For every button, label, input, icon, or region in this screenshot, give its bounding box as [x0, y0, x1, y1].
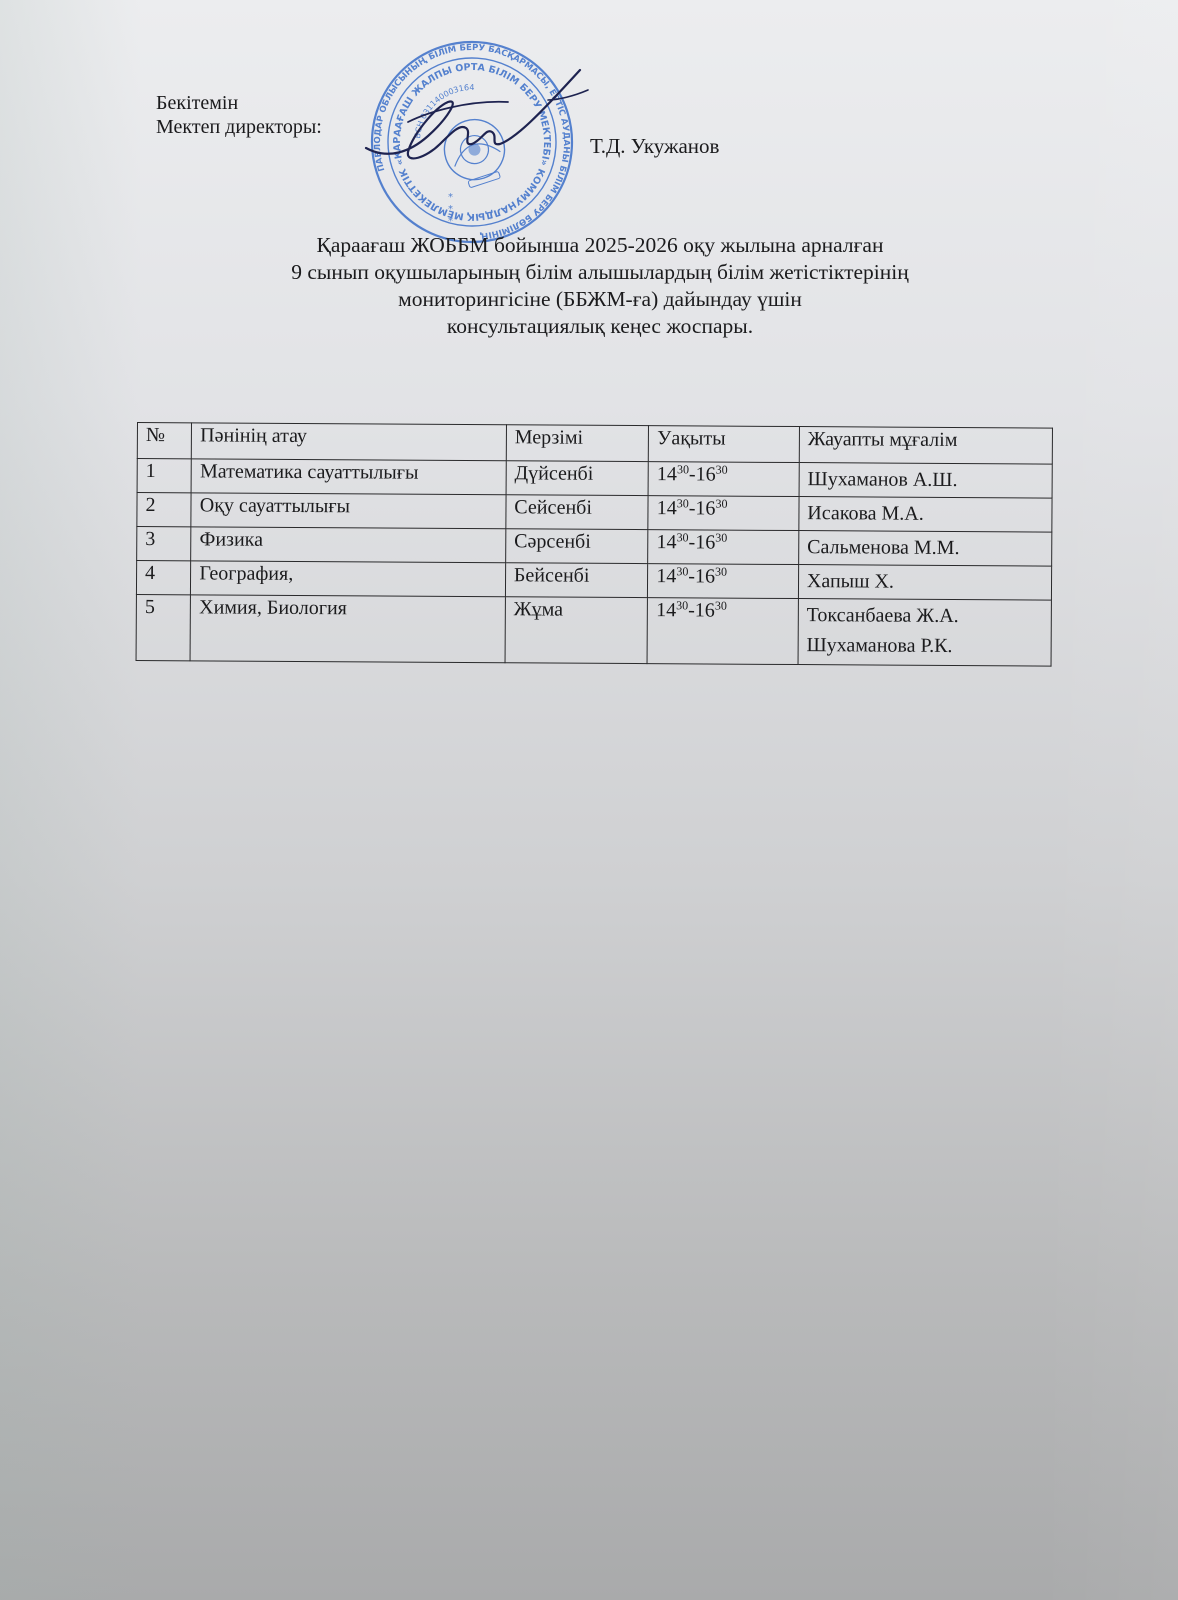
title-line: мониторингісіне (ББЖМ-ға) дайындау үшін [200, 286, 1000, 313]
time-end-hour: 16 [695, 565, 715, 587]
teacher-name: Токсанбаева Ж.А. [807, 600, 1043, 631]
svg-text:*: * [448, 192, 453, 203]
table-row: 5Химия, БиологияЖұма1430-1630Токсанбаева… [136, 594, 1051, 666]
time-start-minute: 30 [676, 598, 688, 612]
time-start-minute: 30 [677, 496, 689, 510]
table-row: 2Оқу сауаттылығыСейсенбі1430-1630Исакова… [137, 493, 1052, 533]
teacher-name: Хапыш Х. [807, 566, 1043, 597]
header-subject: Пәнінің атау [192, 423, 507, 461]
row-time: 1430-1630 [648, 530, 799, 565]
svg-text:ПАВЛОДАР ОБЛЫСЫНЫҢ БІЛІМ БЕРУ: ПАВЛОДАР ОБЛЫСЫНЫҢ БІЛІМ БЕРУ БАСҚАРМАСЫ… [348, 40, 596, 245]
row-number: 2 [137, 493, 192, 527]
director-name: Т.Д. Укужанов [590, 134, 719, 158]
time-end-minute: 30 [715, 599, 727, 613]
signature [366, 70, 580, 158]
time-start-hour: 14 [657, 497, 677, 519]
table-header-row: № Пәнінің атау Мерзімі Уақыты Жауапты мұ… [137, 423, 1052, 465]
time-start-hour: 14 [656, 565, 676, 587]
row-day: Сәрсенбі [506, 529, 649, 564]
stamp-inner-text: «ҚАРААҒАШ ЖАЛПЫ ОРТА БІЛІМ БЕРУ МЕКТЕБІ»… [348, 40, 573, 245]
time-start-minute: 30 [677, 530, 689, 544]
teacher-name: Шухаманов А.Ш. [807, 464, 1043, 495]
header-day: Мерзімі [506, 425, 649, 462]
teacher-name: Сальменова М.М. [807, 532, 1043, 563]
time-end-minute: 30 [715, 531, 727, 545]
row-subject: География, [191, 561, 506, 597]
time-start-minute: 30 [676, 564, 688, 578]
time-start-hour: 14 [656, 531, 676, 553]
row-subject: Физика [191, 527, 506, 563]
header-teacher: Жауапты мұғалім [799, 427, 1052, 465]
approval-label: Бекітемін [156, 91, 322, 115]
time-end-hour: 16 [695, 497, 715, 519]
header-time: Уақыты [649, 426, 800, 463]
time-start-hour: 14 [657, 463, 677, 485]
document-title: Қараағаш ЖОББМ бойынша 2025-2026 оқу жыл… [200, 232, 1000, 340]
row-number: 5 [136, 594, 191, 660]
table-row: 3ФизикаСәрсенбі1430-1630Сальменова М.М. [137, 527, 1052, 567]
header-number: № [137, 423, 192, 459]
svg-text:БСН 031140003164: БСН 031140003164 [402, 80, 486, 142]
time-end-minute: 30 [715, 497, 727, 511]
time-end-minute: 30 [715, 565, 727, 579]
row-time: 1430-1630 [648, 496, 799, 531]
row-teacher: Исакова М.А. [799, 497, 1052, 533]
time-end-hour: 16 [696, 463, 716, 485]
stamp-bin: БСН 031140003164 [402, 80, 486, 142]
row-day: Дүйсенбі [506, 461, 649, 496]
row-teacher: Хапыш Х. [798, 565, 1051, 601]
table-row: 4География,Бейсенбі1430-1630Хапыш Х. [136, 561, 1051, 601]
row-day: Бейсенбі [505, 563, 648, 598]
time-start-hour: 14 [656, 599, 676, 621]
row-number: 3 [137, 527, 192, 561]
table-row: 1Математика сауаттылығыДүйсенбі1430-1630… [137, 459, 1052, 499]
title-line: 9 сынып оқушыларының білім алышылардың б… [200, 259, 1000, 286]
teacher-name: Исакова М.А. [807, 498, 1043, 529]
row-subject: Химия, Биология [190, 595, 505, 663]
time-start-minute: 30 [677, 462, 689, 476]
svg-text:*: * [448, 216, 453, 227]
row-subject: Математика сауаттылығы [191, 459, 506, 495]
row-number: 4 [136, 561, 191, 595]
title-line: Қараағаш ЖОББМ бойынша 2025-2026 оқу жыл… [200, 232, 1000, 259]
official-stamp-icon: ПАВЛОДАР ОБЛЫСЫНЫҢ БІЛІМ БЕРУ БАСҚАРМАСЫ… [348, 40, 596, 245]
time-end-minute: 30 [716, 463, 728, 477]
teacher-name: Шухаманова Р.К. [806, 630, 1042, 661]
row-teacher: Токсанбаева Ж.А.Шухаманова Р.К. [798, 599, 1052, 667]
director-title: Мектеп директоры: [156, 115, 322, 139]
svg-text:«ҚАРААҒАШ ЖАЛПЫ ОРТА БІЛІМ БЕР: «ҚАРААҒАШ ЖАЛПЫ ОРТА БІЛІМ БЕРУ МЕКТЕБІ»… [348, 40, 573, 245]
row-day: Жұма [505, 597, 648, 664]
stamp-outer-text: ПАВЛОДАР ОБЛЫСЫНЫҢ БІЛІМ БЕРУ БАСҚАРМАСЫ… [348, 40, 596, 245]
row-time: 1430-1630 [648, 564, 799, 599]
row-day: Сейсенбі [506, 495, 649, 530]
row-subject: Оқу сауаттылығы [191, 493, 506, 529]
row-teacher: Сальменова М.М. [799, 531, 1052, 567]
consultation-schedule-table: № Пәнінің атау Мерзімі Уақыты Жауапты мұ… [136, 422, 1053, 667]
svg-text:*: * [448, 204, 453, 215]
row-teacher: Шухаманов А.Ш. [799, 463, 1052, 499]
title-line: консультациялық кеңес жоспары. [200, 313, 1000, 340]
row-time: 1430-1630 [648, 462, 799, 497]
approval-block: Бекітемін Мектеп директоры: Т.Д. Укужано… [156, 91, 322, 139]
row-number: 1 [137, 459, 192, 493]
time-end-hour: 16 [695, 599, 715, 621]
row-time: 1430-1630 [647, 598, 798, 665]
time-end-hour: 16 [695, 531, 715, 553]
